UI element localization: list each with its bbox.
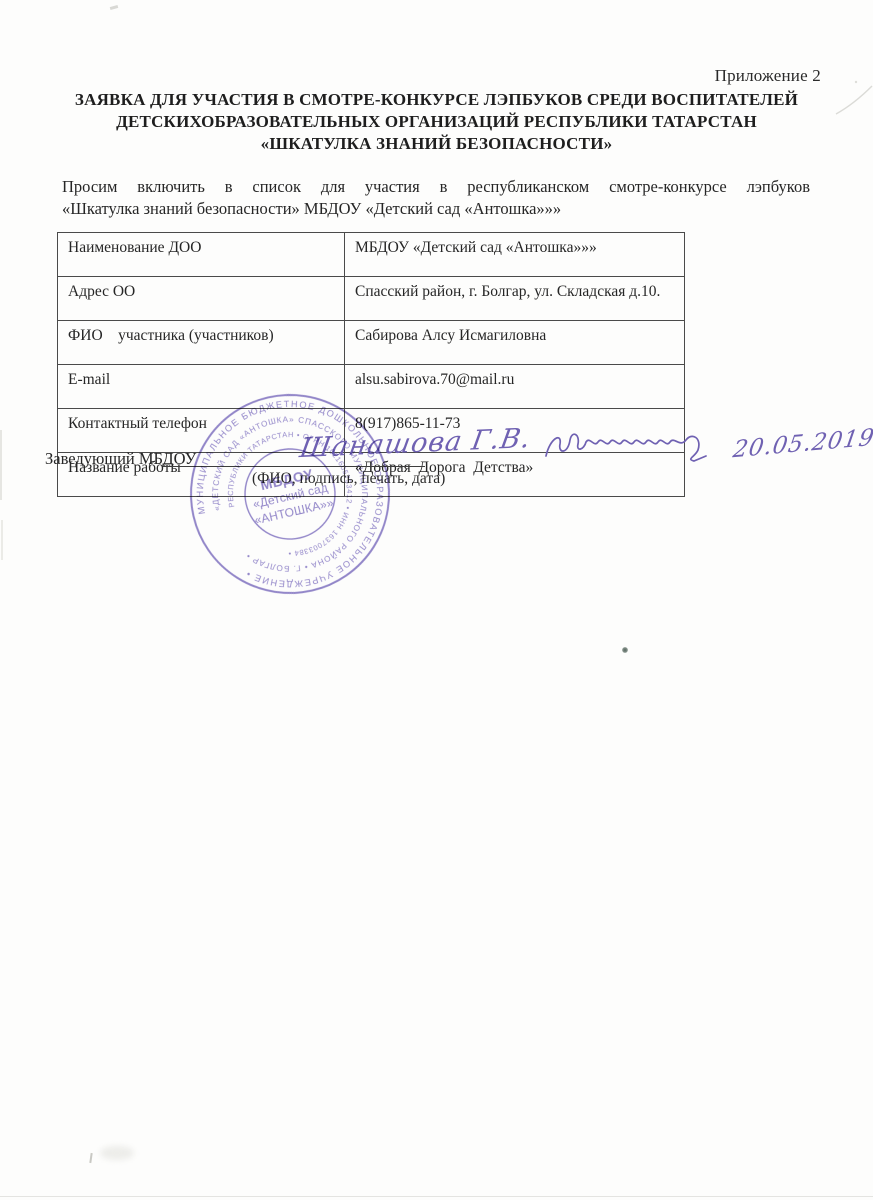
scan-artifact-tick — [89, 1153, 92, 1163]
row-value: alsu.sabirova.70@mail.ru — [345, 365, 685, 409]
title-line-3: «ШКАТУЛКА ЗНАНИЙ БЕЗОПАСНОСТИ» — [0, 133, 873, 155]
handwritten-date: 20.05.2019г. — [731, 423, 873, 464]
row-value: Сабирова Алсу Исмагиловна — [345, 321, 685, 365]
scan-artifact-smudge — [100, 1146, 134, 1160]
title-line-1: ЗАЯВКА ДЛЯ УЧАСТИЯ В СМОТРЕ-КОНКУРСЕ ЛЭП… — [0, 89, 873, 111]
row-label: ФИО участника (участников) — [58, 321, 345, 365]
table-row: Наименование ДООМБДОУ «Детский сад «Анто… — [58, 233, 685, 277]
row-value: МБДОУ «Детский сад «Антошка»»» — [345, 233, 685, 277]
row-label: Наименование ДОО — [58, 233, 345, 277]
scan-edge-shadow-left — [0, 430, 2, 500]
intro-paragraph: Просим включить в список для участия в р… — [62, 176, 810, 219]
scan-edge-shadow-left-2 — [1, 520, 3, 560]
table-row: Адрес ООСпасский район, г. Болгар, ул. С… — [58, 277, 685, 321]
scan-artifact-speck — [622, 647, 628, 653]
scan-artifact-top-left — [110, 5, 119, 10]
intro-line-1: Просим включить в список для участия в р… — [62, 176, 810, 198]
intro-line-2: «Шкатулка знаний безопасности» МБДОУ «Де… — [62, 198, 810, 220]
title-line-2: ДЕТСКИХОБРАЗОВАТЕЛЬНЫХ ОРГАНИЗАЦИЙ РЕСПУ… — [0, 111, 873, 133]
document-title: ЗАЯВКА ДЛЯ УЧАСТИЯ В СМОТРЕ-КОНКУРСЕ ЛЭП… — [0, 89, 873, 155]
scanned-application-document: Приложение 2 ЗАЯВКА ДЛЯ УЧАСТИЯ В СМОТРЕ… — [0, 0, 873, 1200]
table-row: ФИО участника (участников)Сабирова Алсу … — [58, 321, 685, 365]
scan-edge-shadow-bottom — [0, 1196, 873, 1197]
signature-scribble — [540, 426, 730, 470]
row-label: Адрес ОО — [58, 277, 345, 321]
row-value: Спасский район, г. Болгар, ул. Складская… — [345, 277, 685, 321]
appendix-label: Приложение 2 — [715, 66, 821, 86]
